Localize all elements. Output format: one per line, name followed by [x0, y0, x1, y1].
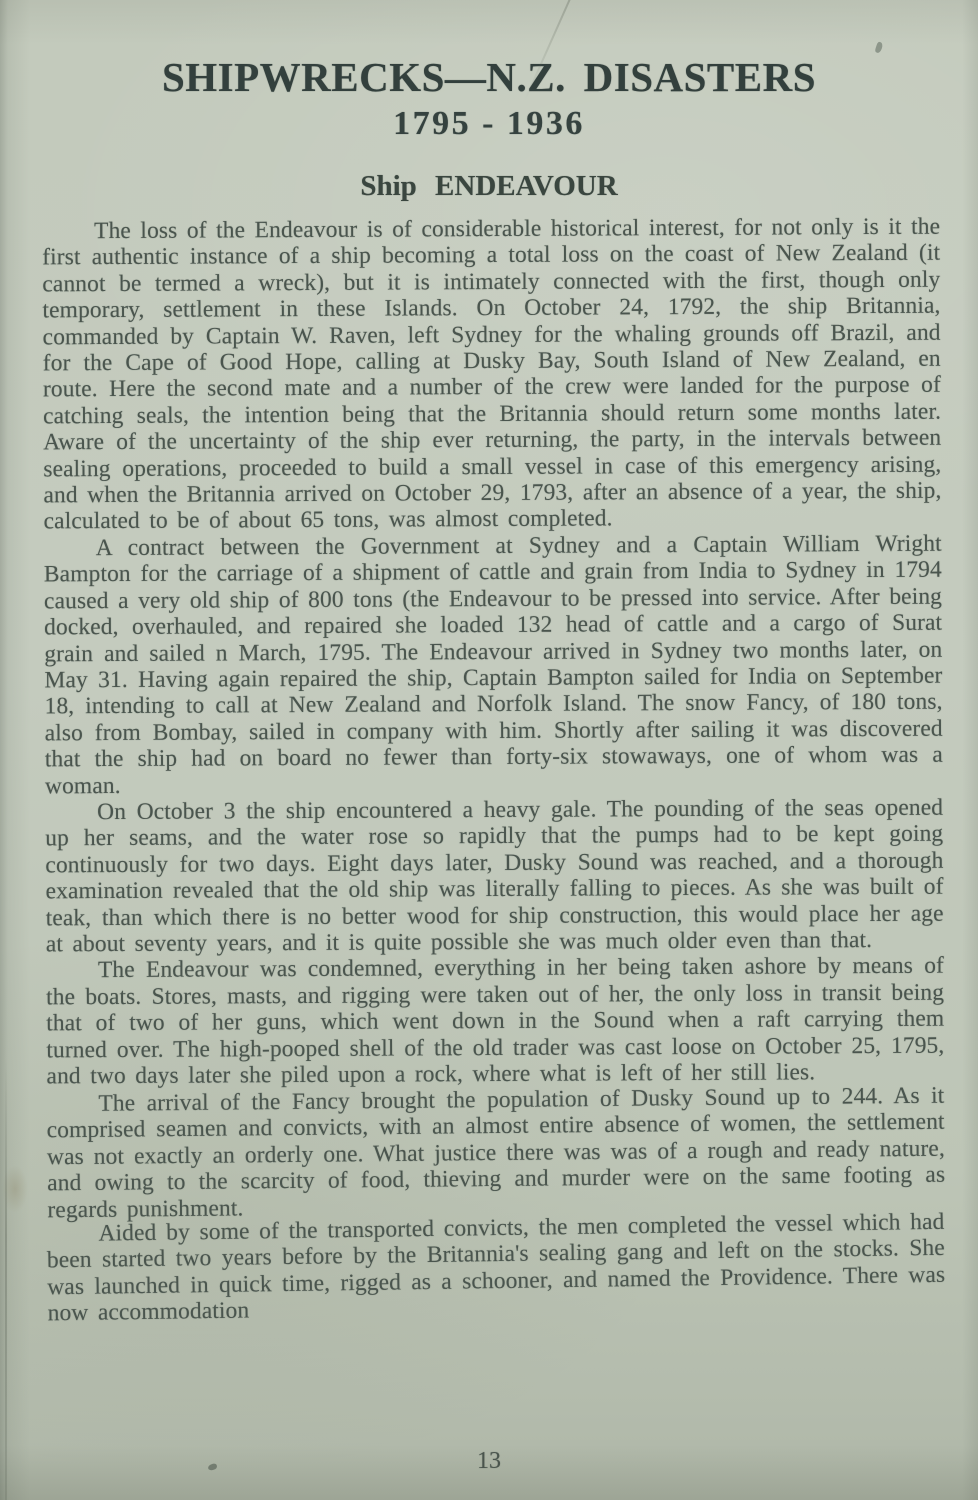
paper-smudge	[2, 1165, 28, 1213]
page-number: 13	[0, 1448, 978, 1475]
paragraph: The Endeavour was condemned, everything …	[46, 953, 945, 1090]
paragraph: A contract between the Government at Syd…	[44, 531, 943, 800]
paper-crease	[5, 1060, 7, 1500]
page-title: SHIPWRECKS—N.Z. DISASTERS	[0, 0, 978, 100]
section-heading: Ship ENDEAVOUR	[0, 170, 978, 203]
page-header: SHIPWRECKS—N.Z. DISASTERS 1795 - 1936 Sh…	[0, 0, 978, 203]
body-text: The loss of the Endeavour is of consider…	[42, 214, 946, 1328]
paragraph: The arrival of the Fancy brought the pop…	[46, 1083, 945, 1224]
paragraph: On October 3 the ship encountered a heav…	[45, 795, 944, 958]
title-years: 1795 - 1936	[0, 104, 978, 144]
paragraph: The loss of the Endeavour is of consider…	[42, 214, 942, 536]
book-page: SHIPWRECKS—N.Z. DISASTERS 1795 - 1936 Sh…	[0, 0, 978, 1500]
paragraph: Aided by some of the transported convict…	[46, 1209, 945, 1327]
